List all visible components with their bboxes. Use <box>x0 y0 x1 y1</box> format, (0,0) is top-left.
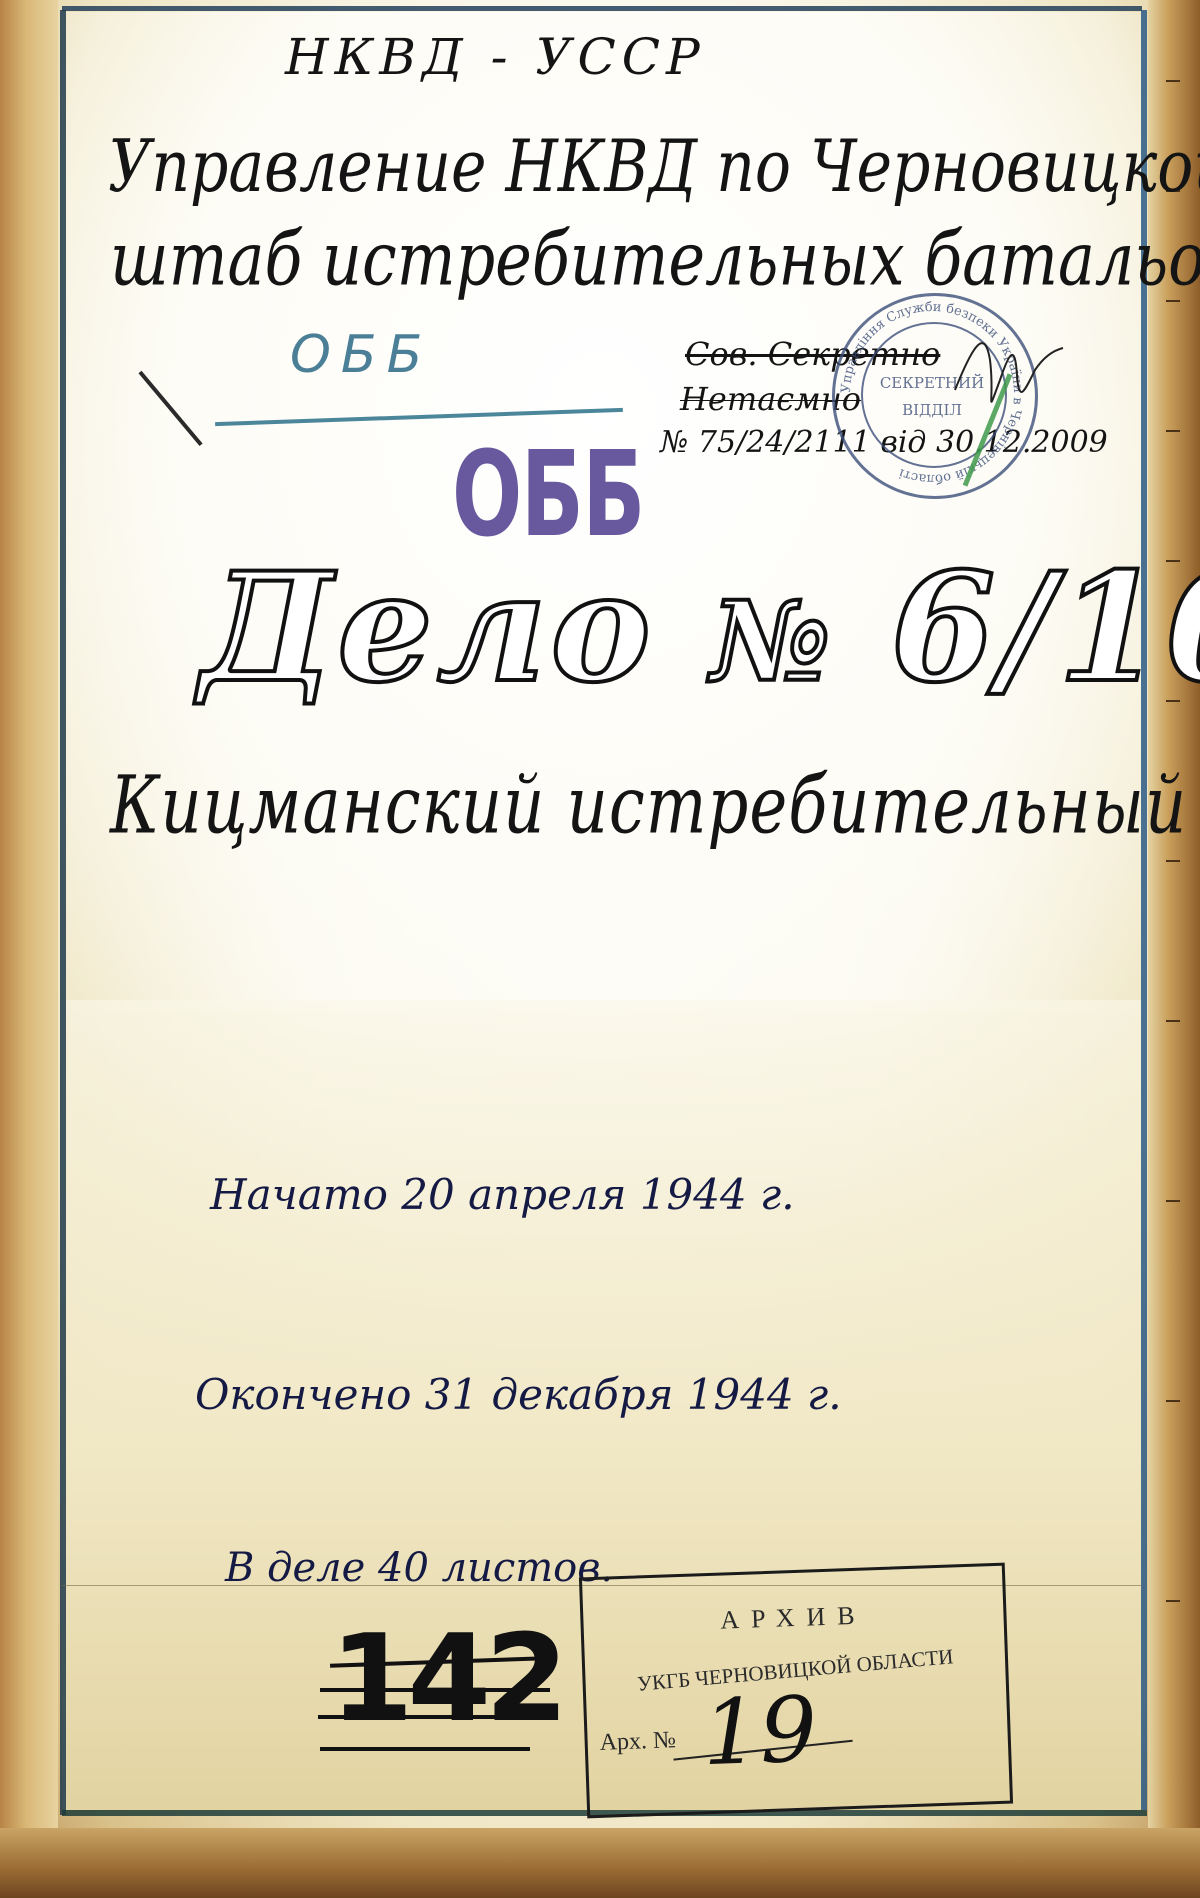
case-file-cover: НКВД - УССР Управление НКВД по Черновицк… <box>0 0 1200 1898</box>
archive-number: 19 <box>701 1677 819 1786</box>
archive-number-label: Арх. № <box>599 1727 676 1757</box>
agency-header: НКВД - УССР <box>285 28 706 86</box>
aged-left-edge <box>0 0 58 1898</box>
end-date: Окончено 31 декабря 1944 г. <box>195 1370 842 1419</box>
strike-line <box>320 1688 550 1692</box>
archive-stamp: АРХИВ УКГБ ЧЕРНОВИЦКОЙ ОБЛАСТИ Арх. № 19 <box>579 1563 1013 1819</box>
strike-line <box>318 1715 543 1719</box>
strike-line <box>320 1747 530 1751</box>
aged-bottom-edge <box>0 1828 1200 1898</box>
department-header: штаб истребительных батальонов <box>110 215 1200 303</box>
frame-border-top <box>62 6 1142 11</box>
case-number: 6/10 <box>891 540 1200 716</box>
archive-stamp-title: АРХИВ <box>583 1596 1004 1641</box>
pencil-code: ОББ <box>290 325 432 385</box>
start-date: Начато 20 апреля 1944 г. <box>210 1170 795 1219</box>
battalion-name: Кицманский истребительный б-н. <box>110 760 1200 853</box>
sheet-count: В деле 40 листов. <box>225 1545 613 1591</box>
case-title: Дело № 6/10 <box>200 540 1200 716</box>
old-case-number: 142 <box>330 1610 563 1749</box>
frame-border-left <box>60 10 66 1815</box>
directorate-header: Управление НКВД по Черновицкой обл. <box>108 125 1200 209</box>
